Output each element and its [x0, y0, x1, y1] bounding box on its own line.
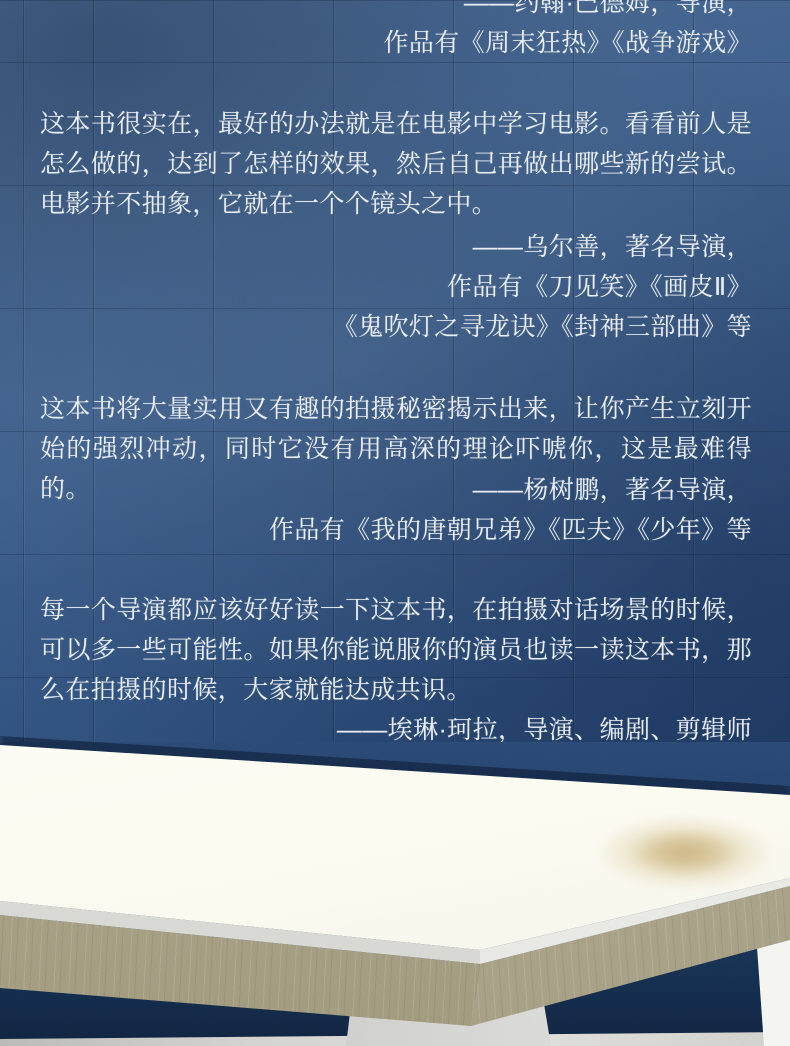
endorsement-wuershan-paragraph: 这本书很实在，最好的办法就是在电影中学习电影。看看前人是怎么做的，达到了怎样的效…	[40, 104, 752, 224]
attribution-line: ——约翰·巴德姆，导演，	[40, 0, 752, 23]
attribution-line: ——杨树鹏，著名导演，	[40, 470, 752, 510]
book-promo-page: ——约翰·巴德姆，导演， 作品有《周末狂热》《战争游戏》 这本书很实在，最好的办…	[0, 0, 790, 1046]
endorsement-john-badham-attribution: ——约翰·巴德姆，导演， 作品有《周末狂热》《战争游戏》	[40, 0, 754, 63]
attribution-line: 作品有《我的唐朝兄弟》《匹夫》《少年》等	[40, 510, 752, 550]
attribution-line: 作品有《周末狂热》《战争游戏》	[40, 23, 752, 63]
attribution-line: ——乌尔善，著名导演，	[40, 227, 752, 267]
endorsement-yangshupeng-attribution: ——杨树鹏，著名导演， 作品有《我的唐朝兄弟》《匹夫》《少年》等	[40, 470, 754, 550]
attribution-line: 《鬼吹灯之寻龙诀》《封神三部曲》等	[40, 307, 752, 347]
tabletop-stain	[595, 815, 775, 890]
endorsement-wuershan-attribution: ——乌尔善，著名导演， 作品有《刀见笑》《画皮Ⅱ》 《鬼吹灯之寻龙诀》《封神三部…	[40, 227, 754, 347]
endorsement-erincoates-paragraph: 每一个导演都应该好好读一下这本书，在拍摄对话场景的时候，可以多一些可能性。如果你…	[40, 590, 752, 710]
attribution-line: 作品有《刀见笑》《画皮Ⅱ》	[40, 267, 752, 307]
